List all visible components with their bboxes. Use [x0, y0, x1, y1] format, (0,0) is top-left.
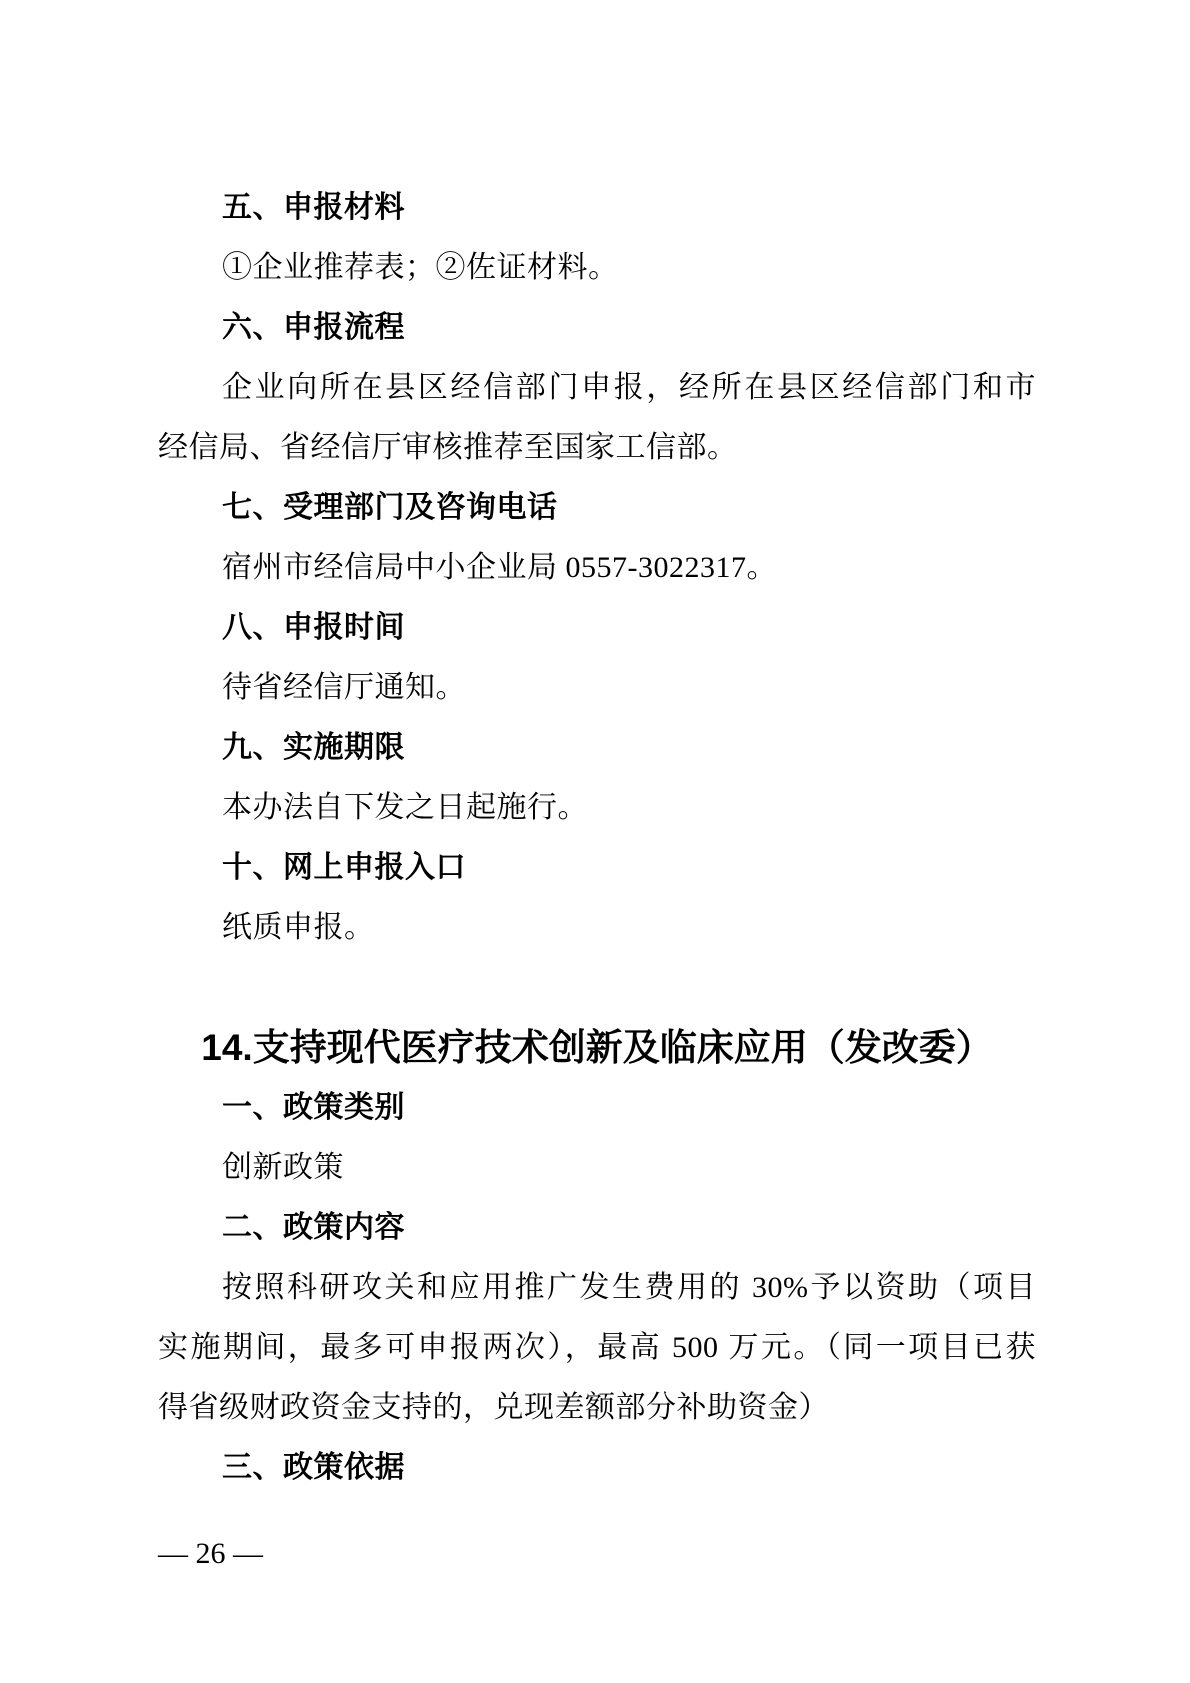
paragraph-line: 创新政策	[158, 1138, 1036, 1198]
paragraph-line: ①企业推荐表；②佐证材料。	[158, 238, 1036, 298]
section-heading: 一、政策类别	[158, 1078, 1036, 1138]
page-number: — 26 —	[158, 1524, 263, 1584]
section-heading: 六、申报流程	[158, 298, 1036, 358]
document-page: { "page": { "background": "#ffffff", "te…	[0, 0, 1190, 1683]
paragraph-line: 经信局、省经信厅审核推荐至国家工信部。	[158, 418, 1036, 478]
paragraph-line: 本办法自下发之日起施行。	[158, 778, 1036, 838]
paragraph-line: 企业向所在县区经信部门申报，经所在县区经信部门和市	[158, 358, 1036, 418]
paragraph-line: 宿州市经信局中小企业局 0557-3022317。	[158, 538, 1036, 598]
section-heading: 三、政策依据	[158, 1438, 1036, 1498]
section-heading: 二、政策内容	[158, 1198, 1036, 1258]
document-body: 五、申报材料 ①企业推荐表；②佐证材料。 六、申报流程 企业向所在县区经信部门申…	[158, 178, 1036, 1498]
section-heading: 九、实施期限	[158, 718, 1036, 778]
paragraph-line: 待省经信厅通知。	[158, 658, 1036, 718]
paragraph-line: 按照科研攻关和应用推广发生费用的 30%予以资助（项目	[158, 1258, 1036, 1318]
section-heading: 八、申报时间	[158, 598, 1036, 658]
paragraph-line: 实施期间，最多可申报两次），最高 500 万元。（同一项目已获	[158, 1318, 1036, 1378]
section-heading: 十、网上申报入口	[158, 838, 1036, 898]
section-heading: 五、申报材料	[158, 178, 1036, 238]
section-heading: 七、受理部门及咨询电话	[158, 478, 1036, 538]
chapter-heading: 14.支持现代医疗技术创新及临床应用（发改委）	[158, 1018, 1036, 1078]
paragraph-line: 纸质申报。	[158, 898, 1036, 958]
paragraph-line: 得省级财政资金支持的，兑现差额部分补助资金）	[158, 1378, 1036, 1438]
